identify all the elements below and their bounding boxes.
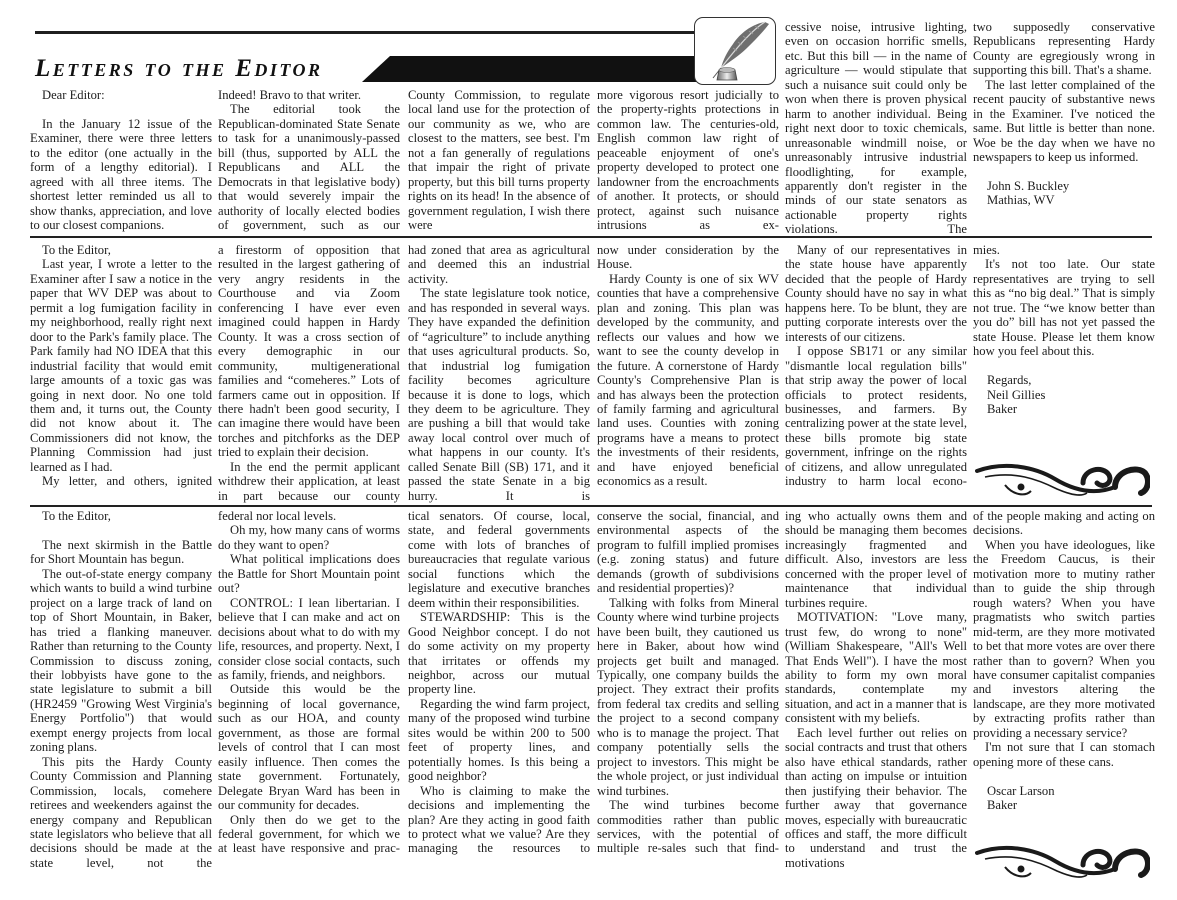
paragraph: The wind turbines become commodities rat… [597,798,779,856]
letter2-column-5: Many of our representatives in the state… [785,243,967,489]
paragraph: MOTIVATION: "Love many, trust few, do wr… [785,610,967,726]
paragraph: federal nor local levels. [218,509,400,523]
paragraph: It's not too late. Our state representat… [973,257,1155,358]
signature-location: Baker [973,798,1155,812]
paragraph: Talking with folks from Mineral County w… [597,596,779,798]
paragraph: In the January 12 issue of the Examiner,… [30,117,212,233]
letter3-column-2: federal nor local levels. Oh my, how man… [218,509,400,856]
quill-inkwell-icon [694,17,776,85]
paragraph: now under consideration by the House. [597,243,779,272]
letter3-column-6: of the people making and acting on decis… [973,509,1155,813]
letter-divider [30,236,1152,238]
paragraph: of the people making and acting on decis… [973,509,1155,538]
paragraph: I'm not sure that I can stomach opening … [973,740,1155,769]
letter3-column-1: To the Editor, The next skirmish in the … [30,509,212,870]
paragraph: Outside this would be the beginning of l… [218,682,400,812]
signature-location: Mathias, WV [973,193,1155,207]
paragraph: ing who actually owns them and should be… [785,509,967,610]
paragraph: What political implications does the Bat… [218,552,400,595]
letter-divider [30,505,1152,507]
paragraph: County Commission, to regulate local lan… [408,88,590,233]
paragraph: The out-of-state energy company which wa… [30,567,212,755]
paragraph: Oh my, how many cans of worms do they wa… [218,523,400,552]
paragraph: The last letter complained of the recent… [973,78,1155,165]
paragraph: In the end the permit applicant withdrew… [218,460,400,503]
letter2-column-2: a firestorm of opposition that resulted … [218,243,400,503]
paragraph: mies. [973,243,1155,257]
signature-name: John S. Buckley [973,179,1155,193]
salutation: Dear Editor: [30,88,212,102]
letter2-column-6: mies. It's not too late. Our state repre… [973,243,1155,416]
signature-closing: Regards, [973,373,1155,387]
decorative-flourish-icon [975,839,1150,883]
paragraph: I oppose SB171 or any similar "dismantle… [785,344,967,489]
decorative-flourish-icon [975,457,1150,501]
paragraph: This pits the Hardy County County Commis… [30,755,212,871]
letter1-column-4: more vigorous resort judicially to the p… [597,88,779,233]
paragraph: Only then do we get to the federal gover… [218,813,400,856]
paragraph: had zoned that area as agricultural and … [408,243,590,286]
paragraph: Each level further out relies on social … [785,726,967,871]
signature-location: Baker [973,402,1155,416]
paragraph: Hardy County is one of six WV counties t… [597,272,779,489]
letter1-column-5: cessive noise, intrusive lighting, even … [785,20,967,237]
section-title: Letters to the Editor [35,55,323,83]
paragraph: When you have ideologues, like the Freed… [973,538,1155,740]
paragraph: Many of our representatives in the state… [785,243,967,344]
signature-name: Oscar Larson [973,784,1155,798]
paragraph: The next skirmish in the Battle for Shor… [30,538,212,567]
paragraph: conserve the social, financial, and envi… [597,509,779,596]
paragraph: two supposedly conservative Republicans … [973,20,1155,78]
paragraph: My letter, and others, ignited [30,474,212,488]
letter2-column-4: now under consideration by the House. Ha… [597,243,779,489]
letter1-column-3: County Commission, to regulate local lan… [408,88,590,233]
header-banner [362,56,700,82]
salutation: To the Editor, [30,243,212,257]
letter1-column-6: two supposedly conservative Republicans … [973,20,1155,208]
paragraph: Indeed! Bravo to that writer. [218,88,400,102]
letter2-column-3: had zoned that area as agricultural and … [408,243,590,503]
newspaper-page: Letters to the Editor Dear Editor: In th… [0,0,1177,900]
letter3-column-4: conserve the social, financial, and envi… [597,509,779,856]
signature-name: Neil Gillies [973,388,1155,402]
letter3-column-5: ing who actually owns them and should be… [785,509,967,870]
salutation: To the Editor, [30,509,212,523]
paragraph: STEWARDSHIP: This is the Good Neighbor c… [408,610,590,697]
paragraph: more vigorous resort judicially to the p… [597,88,779,233]
paragraph: The state legislature took notice, and h… [408,286,590,503]
paragraph: The editorial took the Republican-domina… [218,102,400,232]
letter3-column-3: tical senators. Of course, local, state,… [408,509,590,856]
letter2-column-1: To the Editor, Last year, I wrote a lett… [30,243,212,489]
letter1-column-2: Indeed! Bravo to that writer. The editor… [218,88,400,233]
paragraph: Last year, I wrote a letter to the Exami… [30,257,212,474]
letter1-column-1: Dear Editor: In the January 12 issue of … [30,88,212,233]
paragraph: CONTROL: I lean libertarian. I believe t… [218,596,400,683]
paragraph: Regarding the wind farm project, many of… [408,697,590,784]
header-rule [35,31,700,34]
paragraph: tical senators. Of course, local, state,… [408,509,590,610]
paragraph: cessive noise, intrusive lighting, even … [785,20,967,237]
paragraph: Who is claiming to make the decisions an… [408,784,590,856]
paragraph: a firestorm of opposition that resulted … [218,243,400,460]
